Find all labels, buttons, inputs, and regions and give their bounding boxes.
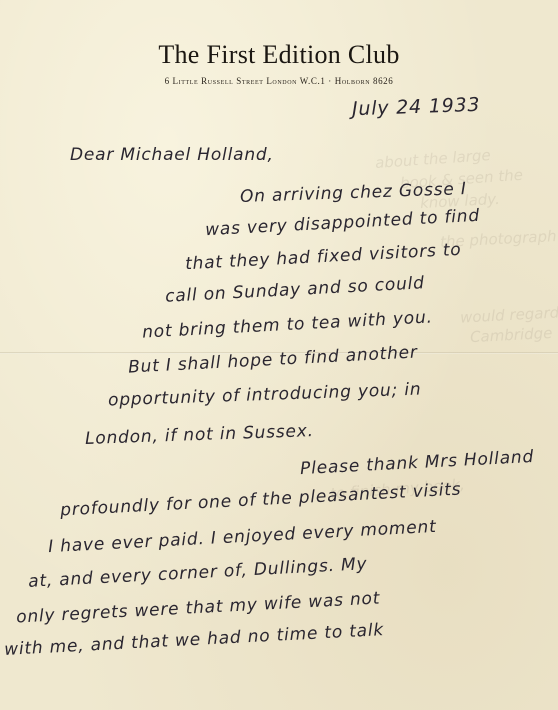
letter-date: July 24 1933 xyxy=(352,94,481,120)
letter-salutation: Dear Michael Holland, xyxy=(70,145,274,165)
letterhead-address: 6 Little Russell Street London W.C.1 · H… xyxy=(0,76,558,86)
letterhead-title: The First Edition Club xyxy=(0,40,558,70)
